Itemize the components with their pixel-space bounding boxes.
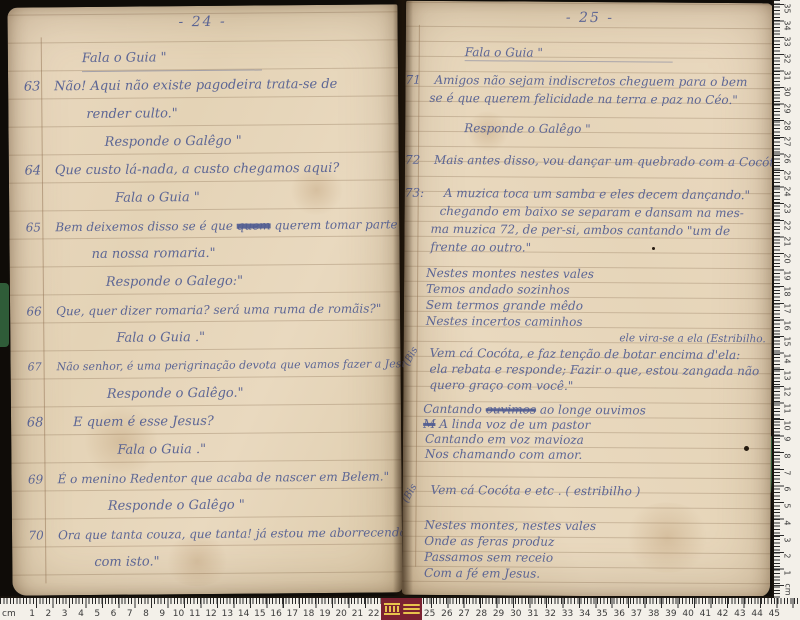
ruler-number: 36 xyxy=(611,609,628,619)
bis-block-vem-ca-cocota: (Bis Vem cá Cocóta, e faz tenção de bota… xyxy=(423,345,765,395)
ruler-number: 45 xyxy=(766,609,783,619)
script-line-73-cont: frente ao outro." xyxy=(424,239,766,257)
ruler-number: 3 xyxy=(783,537,792,547)
ruler-number: 21 xyxy=(783,237,792,247)
ruler-unit-label: cm xyxy=(784,583,793,595)
ruler-number: 17 xyxy=(783,304,792,314)
ruler-number: 12 xyxy=(783,387,792,397)
ruler-number: 15 xyxy=(252,609,268,619)
heading-fala-o-guia: Fala o Guia ." xyxy=(57,436,391,467)
ruler-number: 5 xyxy=(89,609,105,619)
side-ruler: 3534333231302928272625242322212019181716… xyxy=(772,0,800,598)
verse-line: Com a fé em Jesus. xyxy=(422,565,764,583)
ruler-number: 5 xyxy=(783,504,792,514)
ruler-number: 18 xyxy=(301,609,317,619)
script-line-71-cont: se é que querem felicidade na terra e pa… xyxy=(425,90,767,108)
ruler-number: 6 xyxy=(105,609,121,619)
ruler-number: 41 xyxy=(697,609,714,619)
ruler-number: 15 xyxy=(783,337,792,347)
heading-responde-o-galego: Responde o Galêgo " xyxy=(55,128,389,159)
stamp-text-bars xyxy=(403,604,420,614)
ruler-number: 25 xyxy=(783,170,792,180)
ruler-number: 39 xyxy=(662,609,679,619)
ruler-number: 31 xyxy=(783,70,792,80)
building-icon xyxy=(383,602,401,616)
ruler-number: 33 xyxy=(783,37,792,47)
ruler-number: 1 xyxy=(24,609,40,619)
script-line-72: 72Mais antes disso, vou dançar um quebra… xyxy=(425,152,767,170)
ink-dot xyxy=(652,247,655,250)
script-line-73-cont: chegando em baixo se separam e dansam na… xyxy=(425,203,767,221)
ruler-number: 17 xyxy=(284,609,300,619)
verse-cantando-rest: Cantando em voz maviozaNos chamando com … xyxy=(423,432,765,464)
ruler-number: 37 xyxy=(628,609,645,619)
ruler-number: 30 xyxy=(783,87,792,97)
line-number: 70 xyxy=(20,523,52,547)
ruler-number: 11 xyxy=(187,609,203,619)
struck-letter: M xyxy=(423,417,435,431)
ruler-number: 20 xyxy=(333,609,349,619)
ruler-number: 7 xyxy=(783,470,792,480)
ruler-number: 12 xyxy=(203,609,219,619)
ruler-number: 34 xyxy=(576,609,593,619)
ruler-number: 32 xyxy=(783,53,792,63)
ruler-number: 14 xyxy=(783,354,792,364)
script-line-73: 73:A muzica toca um samba e eles decem d… xyxy=(425,185,767,203)
bis-refrain-line: (BisVem cá Cocóta e etc . ( estribilho ) xyxy=(423,482,765,500)
ruler-number: 28 xyxy=(783,120,792,130)
ruler-number: 20 xyxy=(783,253,792,263)
ruler-number: 26 xyxy=(438,609,455,619)
heading-responde-o-galego: Responde o Galêgo." xyxy=(57,380,391,411)
ruler-number: 7 xyxy=(122,609,138,619)
ruler-number: 4 xyxy=(73,609,89,619)
ruler-number: 28 xyxy=(473,609,490,619)
ruler-number: 19 xyxy=(317,609,333,619)
bottom-ruler: cm 12345678910111213141516171819202122 2… xyxy=(0,596,800,620)
ruler-unit-label: cm xyxy=(2,609,24,619)
ruler-number: 22 xyxy=(783,220,792,230)
ruler-number: 19 xyxy=(783,270,792,280)
ruler-number: 30 xyxy=(507,609,524,619)
script-line-63-cont: render culto." xyxy=(54,100,388,131)
ruler-number: 24 xyxy=(783,187,792,197)
ruler-number: 26 xyxy=(783,153,792,163)
side-ruler-scale: 3534333231302928272625242322212019181716… xyxy=(782,4,792,580)
ruler-number: 8 xyxy=(138,609,154,619)
heading-fala-o-guia: Fala o Guia " xyxy=(426,44,768,63)
heading-responde-o-galego: Responde o Galêgo " xyxy=(425,120,767,138)
ruler-number: 16 xyxy=(783,320,792,330)
verse-nestes-montes-2: Nestes montes, nestes valesOnde as feras… xyxy=(422,517,764,583)
ruler-number: 32 xyxy=(542,609,559,619)
ruler-number: 16 xyxy=(268,609,284,619)
heading-fala-o-guia: Fala o Guia " xyxy=(55,184,389,215)
bis-line: quero graço com você." xyxy=(429,377,765,395)
ruler-number: 31 xyxy=(524,609,541,619)
struck-word: ouvimos xyxy=(486,402,536,416)
ruler-number: 35 xyxy=(783,3,792,13)
script-line-68: 68E quem é esse Jesus? xyxy=(57,408,391,439)
heading-responde-o-galego: Responde o Galêgo " xyxy=(58,492,392,523)
ruler-number: 44 xyxy=(748,609,765,619)
ruler-number: 23 xyxy=(783,203,792,213)
ruler-number: 40 xyxy=(680,609,697,619)
script-line-66: 66Que, quer dizer romaria? será uma ruma… xyxy=(56,296,390,327)
script-line-67: 67Não senhor, é uma perigrinação devota … xyxy=(56,352,390,383)
ruler-number: 2 xyxy=(40,609,56,619)
archive-stamp xyxy=(381,598,422,620)
verse-nestes-montes-1: Nestes montes nestes valesTemos andado s… xyxy=(424,265,766,331)
ruler-number: 10 xyxy=(783,420,792,430)
ruler-number: 21 xyxy=(349,609,365,619)
page-25: - 25 - Fala o Guia " 71Amigos não sejam … xyxy=(402,1,774,598)
script-line-65: 65Bem deixemos disso se é que quem quere… xyxy=(55,212,389,243)
ruler-number: 4 xyxy=(783,520,792,530)
script-line-73-cont: ma muzica 72, de per-si, ambos cantando … xyxy=(424,221,766,239)
book-cover-green-left xyxy=(0,283,9,347)
heading-fala-o-guia: Fala o Guia ." xyxy=(56,324,390,355)
heading-responde-o-galego: Responde o Galego:" xyxy=(56,268,390,299)
ruler-number: 29 xyxy=(783,103,792,113)
book-gutter-shadow xyxy=(393,0,413,598)
struck-word: quem xyxy=(237,218,271,232)
ruler-number: 33 xyxy=(559,609,576,619)
line-number: 66 xyxy=(18,299,50,323)
ruler-scale-left: cm 12345678910111213141516171819202122 xyxy=(2,609,382,619)
script-line-71: 71Amigos não sejam indiscretos cheguem p… xyxy=(425,72,767,90)
script-line-69: 69É o menino Redentor que acaba de nasce… xyxy=(57,464,391,495)
verse-line: Nos chamando com amor. xyxy=(423,447,765,464)
ruler-number: 22 xyxy=(366,609,382,619)
heading-fala-o-guia: Fala o Guia " xyxy=(54,44,388,75)
ink-dot xyxy=(744,446,749,451)
ruler-number: 8 xyxy=(783,454,792,464)
ruler-number: 25 xyxy=(421,609,438,619)
ruler-number: 29 xyxy=(490,609,507,619)
page-number-25: - 25 - xyxy=(406,9,774,28)
ruler-scale-right: 2526272829303132333435363738394041424344… xyxy=(421,609,783,619)
page-number-24: - 24 - xyxy=(8,12,398,31)
ruler-number: 10 xyxy=(170,609,186,619)
ruler-number: 6 xyxy=(783,487,792,497)
script-line-65-cont: na nossa romaria." xyxy=(55,240,389,271)
ruler-number: 43 xyxy=(731,609,748,619)
scanned-manuscript: - 24 - Fala o Guia " 63Não! Aqui não exi… xyxy=(0,0,800,620)
line-number: 64 xyxy=(17,159,49,183)
line-number: 67 xyxy=(18,355,50,379)
ruler-number: 42 xyxy=(714,609,731,619)
ruler-number: 13 xyxy=(219,609,235,619)
script-line-64: 64Que custo lá-nada, a custo chegamos aq… xyxy=(55,156,389,187)
script-line-70: 70Ora que tanta couza, que tanta! já est… xyxy=(58,520,392,551)
ruler-number: 14 xyxy=(235,609,251,619)
ruler-number: 1 xyxy=(783,570,792,580)
ruler-number: 3 xyxy=(57,609,73,619)
ruler-number: 9 xyxy=(154,609,170,619)
ruler-number: 18 xyxy=(783,287,792,297)
line-number: 69 xyxy=(19,467,51,491)
script-line-63: 63Não! Aqui não existe pagodeira trata-s… xyxy=(54,72,388,103)
line-number: 68 xyxy=(19,411,51,435)
ruler-number: 2 xyxy=(783,554,792,564)
script-line-70-cont: com isto." xyxy=(58,548,392,579)
line-number: 65 xyxy=(17,215,49,239)
ruler-number: 27 xyxy=(783,137,792,147)
page-24: - 24 - Fala o Guia " 63Não! Aqui não exi… xyxy=(7,4,402,595)
ruler-number: 34 xyxy=(783,20,792,30)
ruler-number: 11 xyxy=(783,404,792,414)
line-number: 63 xyxy=(16,75,48,99)
ruler-number: 9 xyxy=(783,437,792,447)
ruler-number: 27 xyxy=(455,609,472,619)
ruler-number: 35 xyxy=(593,609,610,619)
ruler-number: 38 xyxy=(645,609,662,619)
ruler-number: 13 xyxy=(783,370,792,380)
